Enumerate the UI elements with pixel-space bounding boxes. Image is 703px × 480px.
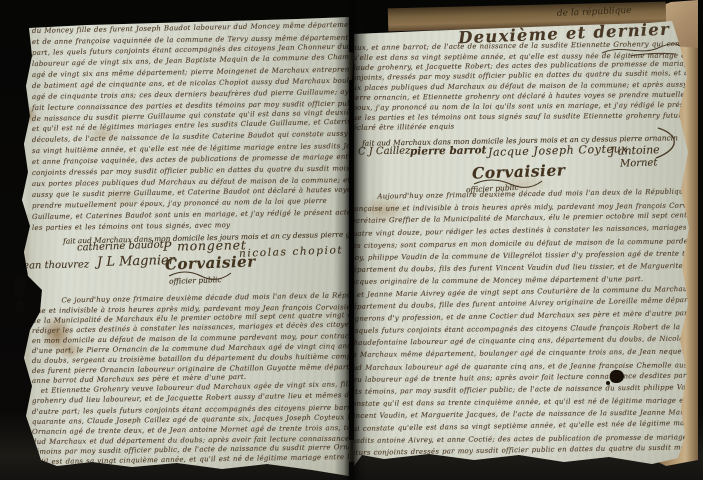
signature-jean-thouvrez: jean thouvrez	[20, 259, 89, 271]
right-paragraph-1: naux, et anne barrot; de l'acte de naiss…	[348, 44, 696, 134]
signature-catherine-baudot: catherine baudot	[77, 239, 164, 253]
signature-pierre-barrot: pierre barrot	[410, 144, 487, 157]
right-paragraph-2: Aujourd'huy onze frimaire deuxième décad…	[348, 193, 698, 461]
left-page-edge-grime	[17, 214, 33, 476]
ink-blot-speck	[606, 381, 610, 385]
signature-jl-magnier: J L Magnier	[97, 253, 175, 270]
signature-jacque-joseph-coyteux: Jacque Joseph Coyteux	[488, 142, 628, 159]
edge-tear-blob	[12, 273, 27, 298]
signature-j-antoine: J antoine	[610, 143, 660, 158]
left-page: du Moncey fille des furent Joseph Baudot…	[17, 14, 349, 476]
officer-title: officier public	[169, 275, 222, 286]
ghost-header-text: de la république	[557, 6, 632, 19]
edge-tear-blob	[15, 300, 24, 313]
scanned-register-spread: de la république du Moncey fille des fur…	[0, 0, 703, 480]
signature-officer: Corvaisier	[472, 160, 566, 182]
left-page-deckle-edge	[17, 14, 27, 476]
left-paragraph-2: Ce jourd'huy onze frimaire deuxième déca…	[32, 297, 377, 468]
signature-mornet: Mornet	[620, 157, 658, 169]
signature-officer: Corvaisier	[165, 252, 256, 273]
spine-gutter-shadow	[334, 0, 368, 480]
signature-p-mongenet: P mongenet	[163, 237, 247, 253]
right-page: Deuxième et dernier naux, et anne barrot…	[354, 18, 698, 470]
left-paragraph-1: du Moncey fille des furent Joseph Baudot…	[32, 27, 377, 235]
